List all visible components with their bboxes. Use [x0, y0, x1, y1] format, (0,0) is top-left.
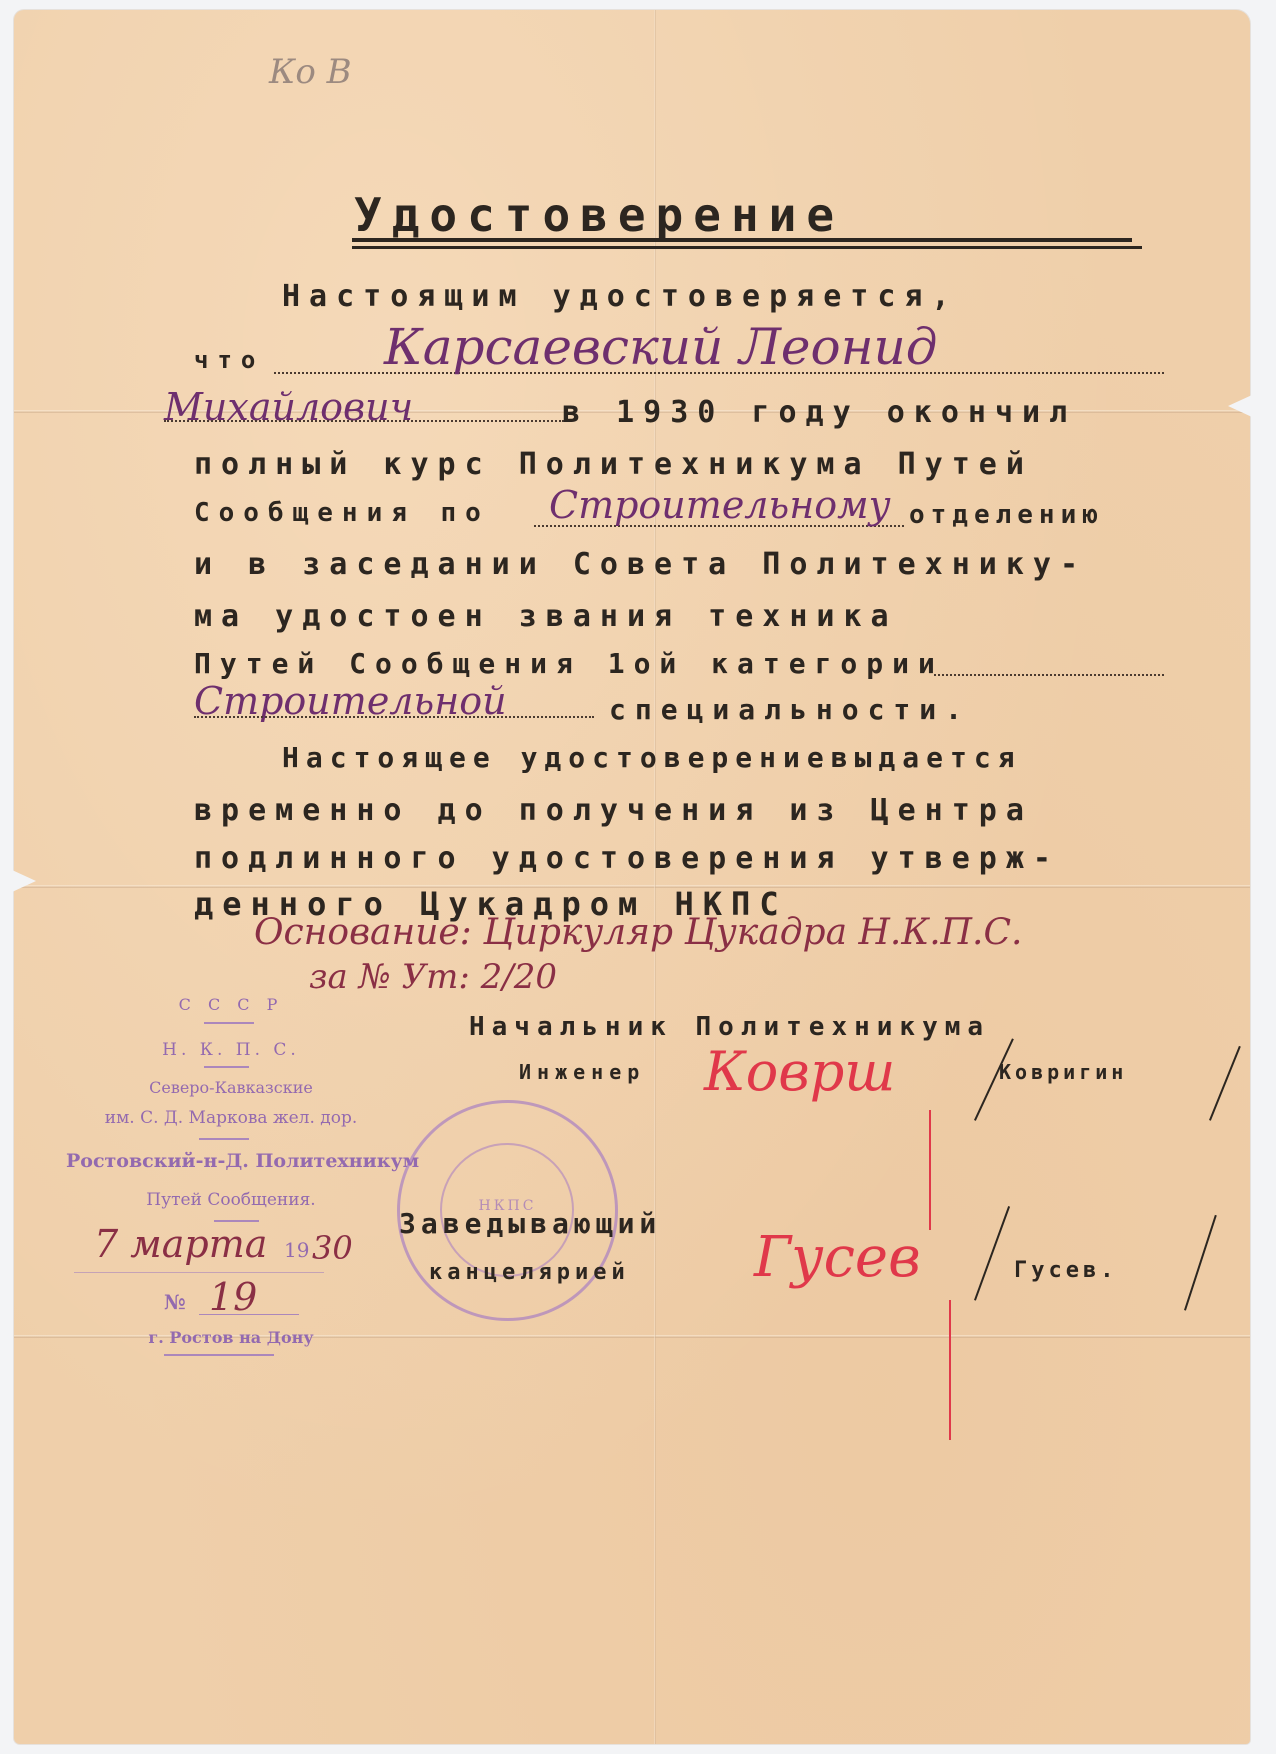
stamp-line: Ростовский-н-Д. Политехникум	[66, 1150, 396, 1172]
handwritten-basis: Основание: Циркуляр Цукадра Н.К.П.С.	[254, 915, 1022, 951]
fill-line	[194, 716, 594, 718]
body-line: специальности.	[609, 696, 971, 724]
handwritten-basis-ref: за № Ут: 2/20	[309, 960, 557, 994]
stamp-line: Путей Сообщения.	[66, 1190, 396, 1210]
body-line: Путей Сообщения 1ой категории	[194, 650, 944, 678]
fill-line	[934, 674, 1164, 676]
signature-stroke	[929, 1110, 931, 1230]
stamp-city: г. Ростов на Дону	[66, 1328, 396, 1347]
signatory-role: канцелярией	[429, 1262, 630, 1284]
fold-line	[654, 10, 656, 1744]
signatory-role: Инженер	[519, 1062, 645, 1082]
stamp-line: Н. К. П. С.	[66, 1040, 396, 1060]
body-line: отделению	[909, 502, 1104, 528]
handwritten-specialty: Строительной	[194, 682, 507, 720]
edge-tear	[12, 870, 36, 892]
pencil-note: Ко В	[269, 55, 352, 89]
slash-mark	[1209, 1046, 1241, 1121]
slash-mark	[1184, 1215, 1217, 1311]
body-line: временно до получения из Центра	[194, 796, 1033, 826]
handwritten-date: 7 марта	[94, 1225, 267, 1263]
signatory-name: Гусев.	[1014, 1260, 1117, 1282]
body-line: ма удостоен звания техника	[194, 602, 898, 632]
body-line: Настоящее удостоверениевыдается	[282, 744, 1022, 772]
stamp-divider	[199, 1138, 249, 1140]
body-line: подлинного удостоверения утверж-	[194, 844, 1060, 874]
handwritten-name: Карсаевский Леонид	[384, 322, 937, 372]
stamp-line: им. С. Д. Маркова жел. дор.	[66, 1108, 396, 1128]
stamp-number-line	[199, 1314, 299, 1315]
slash-mark	[974, 1206, 1010, 1301]
edge-tear	[1228, 395, 1252, 417]
stamp-line: С С С Р	[66, 995, 396, 1014]
stamp-divider	[204, 1022, 254, 1024]
signature-clerk: Гусев	[754, 1230, 921, 1286]
stamp-divider	[204, 1066, 249, 1068]
handwritten-department: Строительному	[549, 486, 891, 524]
body-line: и в заседании Совета Политехнику-	[194, 550, 1087, 580]
signature-head: Коврш	[704, 1045, 895, 1099]
body-line: Сообщения по	[194, 500, 490, 526]
body-line: в 1930 году окончил	[562, 398, 1076, 428]
signature-stroke	[949, 1300, 951, 1440]
document-title: Удостоверение	[354, 188, 844, 242]
handwritten-year: 30	[312, 1232, 353, 1264]
body-line: полный курс Политехникума Путей	[194, 450, 1033, 480]
stamp-line: Северо-Кавказские	[66, 1078, 396, 1097]
stamp-date-line	[74, 1272, 324, 1273]
fill-line	[164, 420, 564, 422]
body-line: что	[194, 348, 264, 372]
signatory-name: Ковригин	[999, 1062, 1127, 1082]
stamp-number-label: №	[164, 1290, 204, 1314]
title-underline	[352, 238, 1132, 242]
signatory-title: Заведывающий	[399, 1210, 661, 1238]
stamp-divider	[164, 1354, 274, 1356]
handwritten-number: 19	[209, 1278, 257, 1316]
body-line: Настоящим удостоверяется,	[282, 282, 959, 312]
signatory-title: Начальник Политехникума	[469, 1014, 990, 1040]
document-paper: Ко В Удостоверение Настоящим удостоверяе…	[14, 10, 1250, 1744]
title-underline	[352, 246, 1142, 249]
